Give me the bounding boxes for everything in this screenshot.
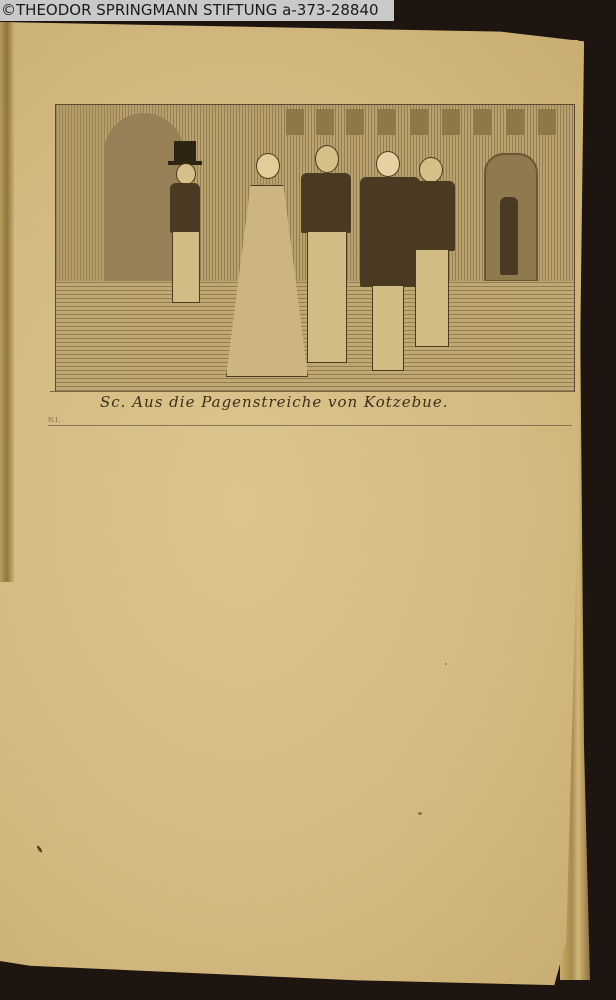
plate-mark: N.1. — [48, 417, 61, 424]
plate-border-line — [50, 391, 574, 392]
figure-officer — [156, 141, 216, 311]
plate-caption: Sc. Aus die Pagenstreiche von Kotzebue. — [100, 393, 520, 411]
paper-speck — [418, 812, 422, 815]
caption-rule — [48, 425, 572, 426]
copyright-watermark: ©THEODOR SPRINGMANN STIFTUNG a-373-28840 — [0, 0, 394, 21]
engraving-illustration — [55, 104, 575, 392]
gutter-shadow — [0, 22, 14, 582]
figure-man-with-cane — [401, 157, 461, 357]
figure-in-doorway — [496, 197, 522, 277]
paper-speck — [445, 663, 447, 665]
